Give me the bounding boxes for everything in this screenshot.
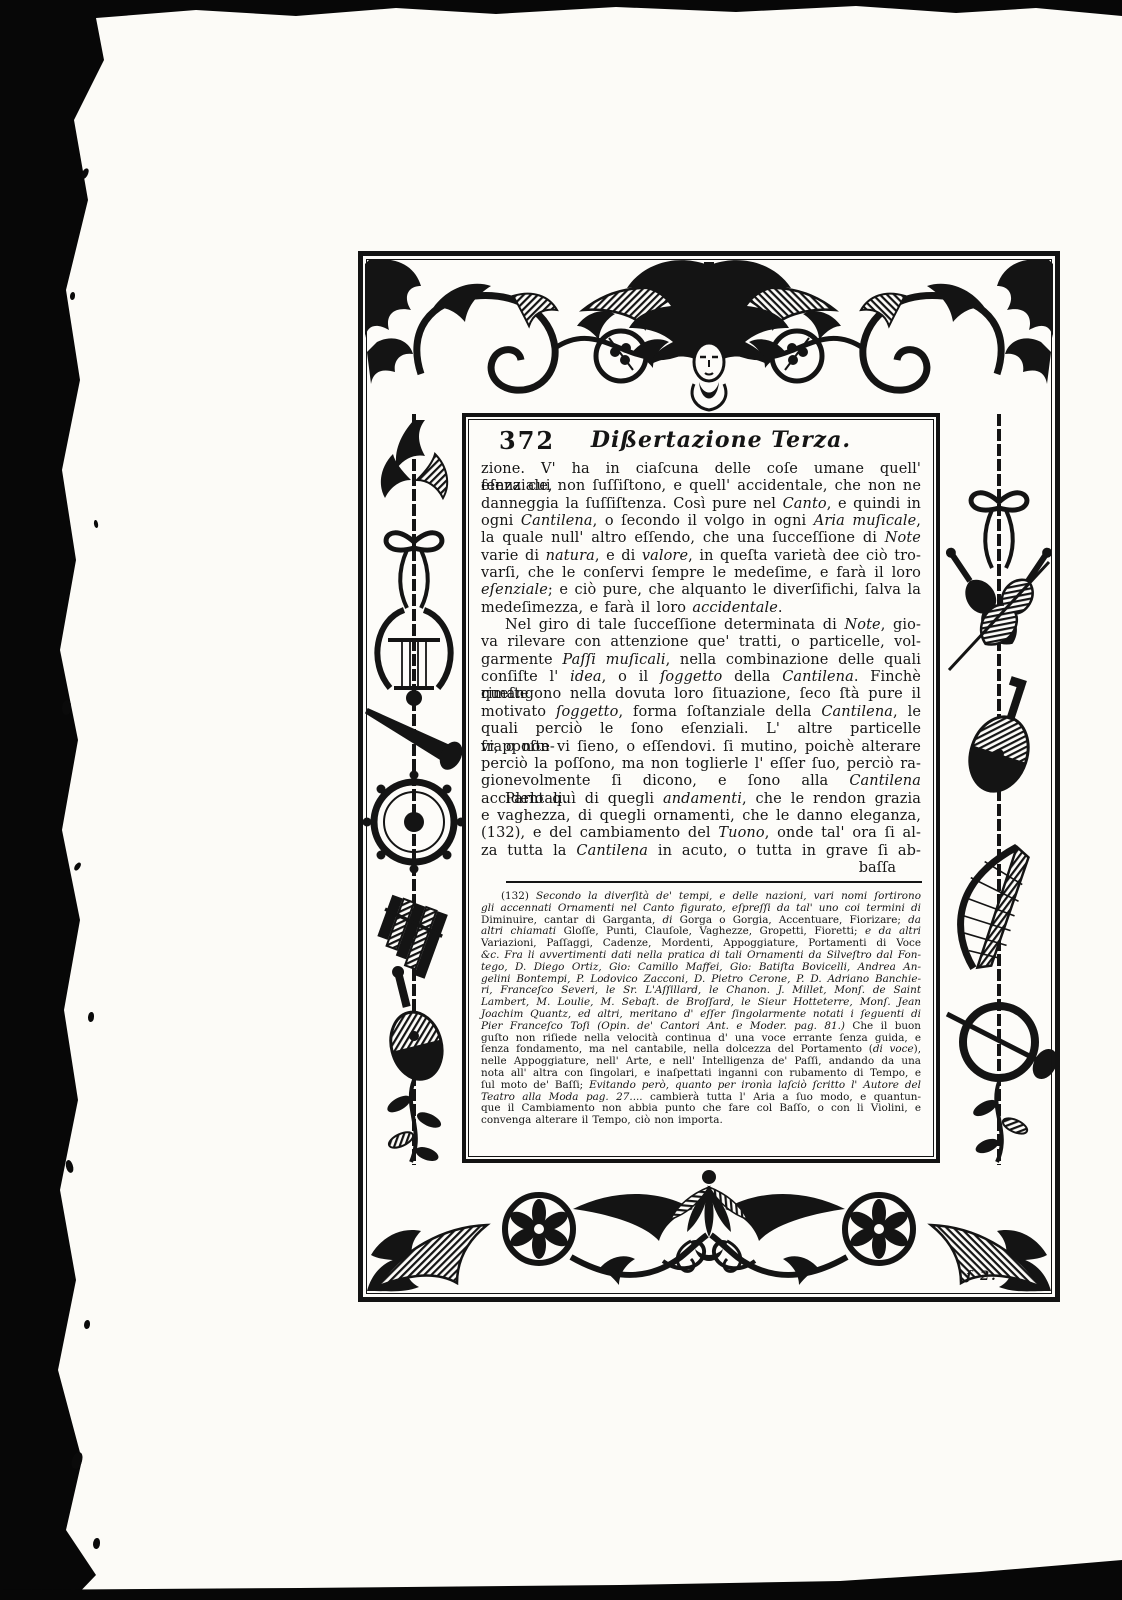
right-music-trophy-ornament-icon: [943, 414, 1055, 1165]
mandolin-icon: [372, 960, 449, 1085]
text-line: quali perciò le ſono eſenziali. L' altre…: [481, 721, 921, 738]
headpiece-mask-ornament-icon: [363, 256, 1055, 414]
text-line: varie di natura, e di valore, in queſta …: [481, 548, 921, 565]
text-line: motivato ſoggetto, forma ſoſtanziale del…: [481, 704, 921, 721]
text-line: danneggia la ſuſſiſtenza. Così pure nel …: [481, 496, 921, 513]
text-panel: 372 Dißertazione Terza. zione. V' ha in …: [462, 413, 940, 1163]
text-line: va rilevare con attenzione que' tratti, …: [481, 634, 921, 651]
scan-shadow-bottom: [0, 1548, 1122, 1600]
paper-speck: [93, 520, 99, 529]
text-line: medeſimezza, e farà il loro accidentale.: [481, 600, 921, 617]
text-line: Nel giro di tale ſucceſſione determinata…: [481, 617, 921, 634]
torn-paper-edge-left: [0, 0, 118, 1600]
text-line: conſiſte l' idea, o il ſoggetto della Ca…: [481, 669, 921, 686]
rosette-icon: [507, 1199, 570, 1259]
scanned-book-page: 372 Dißertazione Terza. zione. V' ha in …: [0, 0, 1122, 1600]
text-line: e vaghezza, di quegli ornamenti, che le …: [481, 808, 921, 825]
text-line: perciò la poſſono, ma non toglierle l' e…: [481, 756, 921, 773]
catchword: baſſa: [859, 860, 896, 877]
text-line: za tutta la Cantilena in acuto, o tutta …: [481, 843, 921, 860]
text-line: vi, o non vi ſieno, o eſſendovi. ſi muti…: [481, 739, 921, 756]
paper-speck: [73, 861, 82, 871]
paper-speck: [64, 1159, 75, 1174]
footnote-text: (132) Secondo la diverſità de' tempi, e …: [481, 891, 921, 1127]
footnote-rule: [506, 881, 922, 883]
scan-shadow-top: [96, 0, 1122, 22]
text-line: zione. V' ha in ciaſcuna delle coſe uman…: [481, 461, 921, 478]
text-line: gionevolmente ſi dicono, e ſono alla Can…: [481, 773, 921, 790]
text-line: garmente Paſſi muſicali, nella combinazi…: [481, 652, 921, 669]
panpipes-icon: [367, 894, 449, 979]
text-line: ogni Cantilena, o ſecondo il volgo in og…: [481, 513, 921, 530]
tailpiece-scroll-ornament-icon: [363, 1165, 1055, 1297]
text-line: eſenziale; e ciò pure, che alquanto le d…: [481, 582, 921, 599]
running-title: Dißertazione Terza.: [526, 427, 916, 453]
text-line: (132), e del cambiamento del Tuono, onde…: [481, 825, 921, 842]
body-text: zione. V' ha in ciaſcuna delle coſe uman…: [481, 461, 921, 860]
text-line: ſenza cui non ſuſſiſtono, e quell' accid…: [481, 478, 921, 495]
text-line: Parlo quì di quegli andamenti, che le re…: [481, 791, 921, 808]
text-line: varſi, che le conſervi ſempre le medeſim…: [481, 565, 921, 582]
paper-speck: [70, 292, 75, 300]
text-line: la quale null' altro eſſendo, che una ſu…: [481, 530, 921, 547]
lute-icon: [961, 671, 1050, 799]
text-line: convenga alterare il Tempo, ciò non impo…: [481, 1115, 921, 1127]
paper-speck: [84, 1320, 90, 1329]
paper-speck: [93, 1538, 100, 1549]
mask-face-icon: [627, 260, 791, 410]
harp-icon: [950, 846, 1042, 970]
plate-signature: f 2.: [966, 1269, 998, 1284]
left-music-trophy-ornament-icon: [363, 414, 465, 1165]
text-line: rimangono nella dovuta loro ſituazione, …: [481, 686, 921, 703]
paper-speck: [88, 1012, 94, 1022]
